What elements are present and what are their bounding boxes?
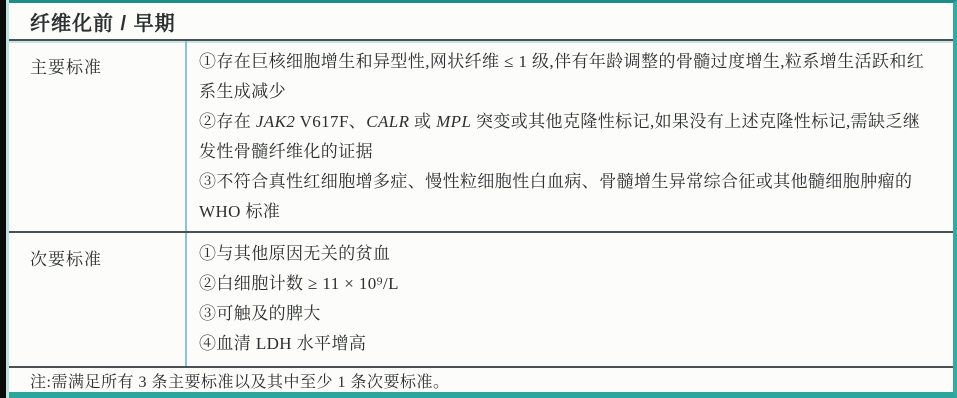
major-criteria-list: ①存在巨核细胞增生和异型性,网状纤维 ≤ 1 级,伴有年龄调整的骨髓过度增生,粒… — [185, 41, 953, 231]
criterion-item: ③不符合真性红细胞增多症、慢性粒细胞性白血病、骨髓增生异常综合征或其他髓细胞肿瘤… — [199, 167, 937, 227]
table-header-row: 纤维化前 / 早期 — [0, 3, 953, 41]
minor-criteria-list: ①与其他原因无关的贫血②白细胞计数 ≥ 11 × 10⁹/L③可触及的脾大④血清… — [185, 233, 953, 366]
criterion-item: ②白细胞计数 ≥ 11 × 10⁹/L — [199, 269, 937, 299]
criterion-item: ②存在 JAK2 V617F、CALR 或 MPL 突变或其他克隆性标记,如果没… — [199, 107, 937, 167]
criterion-item: ①与其他原因无关的贫血 — [199, 239, 937, 269]
footnote: 注:需满足所有 3 条主要标准以及其中至少 1 条次要标准。 — [0, 366, 953, 392]
criterion-item: ④血清 LDH 水平增高 — [199, 329, 937, 359]
criterion-item: ③可触及的脾大 — [199, 299, 937, 329]
scan-left-teal-line — [6, 0, 9, 398]
table-title: 纤维化前 / 早期 — [30, 7, 176, 36]
row-label-minor: 次要标准 — [0, 233, 185, 366]
criteria-table: 纤维化前 / 早期 主要标准 ①存在巨核细胞增生和异型性,网状纤维 ≤ 1 级,… — [0, 0, 957, 398]
document-scan: 纤维化前 / 早期 主要标准 ①存在巨核细胞增生和异型性,网状纤维 ≤ 1 级,… — [0, 0, 957, 398]
table-row-major-criteria: 主要标准 ①存在巨核细胞增生和异型性,网状纤维 ≤ 1 级,伴有年龄调整的骨髓过… — [0, 41, 953, 231]
criterion-item: ①存在巨核细胞增生和异型性,网状纤维 ≤ 1 级,伴有年龄调整的骨髓过度增生,粒… — [199, 47, 937, 107]
table-row-minor-criteria: 次要标准 ①与其他原因无关的贫血②白细胞计数 ≥ 11 × 10⁹/L③可触及的… — [0, 231, 953, 366]
row-label-major: 主要标准 — [0, 41, 185, 231]
